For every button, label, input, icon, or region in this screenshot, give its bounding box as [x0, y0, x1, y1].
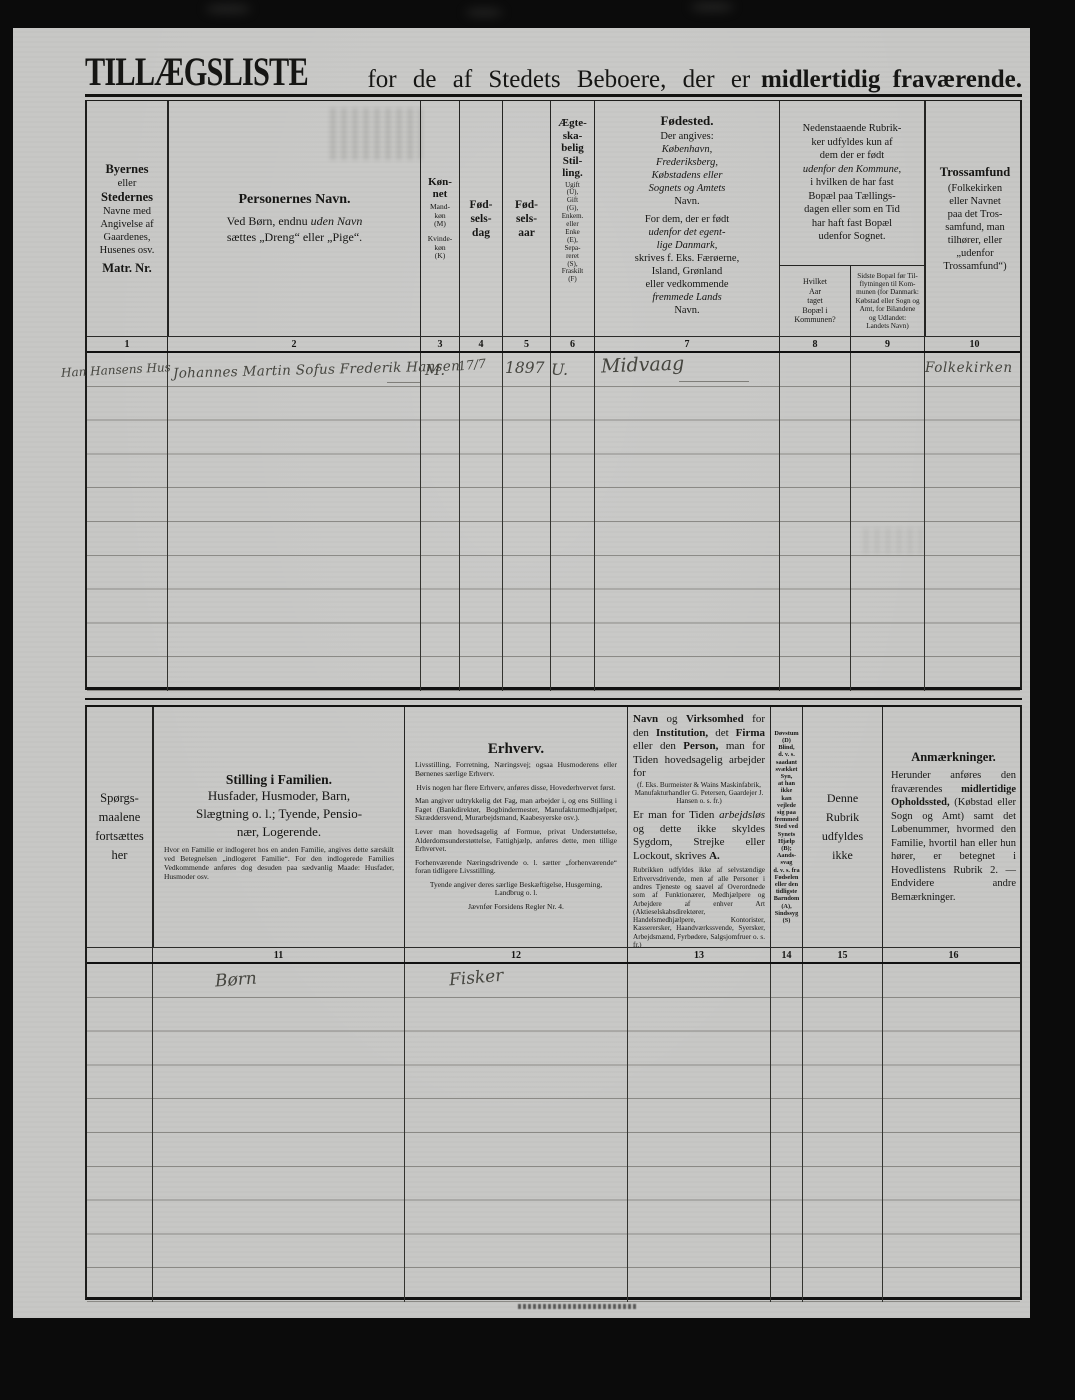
- header-text: arbejdsløs: [719, 809, 765, 821]
- scan-artifact: [690, 2, 734, 12]
- header-text: (f. Eks. Burmeister & Wains Maskinfabrik…: [633, 781, 765, 806]
- header-text: Hvilket Aar taget Bopæl i Kommunen?: [794, 277, 835, 325]
- header-text: Hvor en Familie er indlogeret hos en and…: [164, 846, 394, 881]
- col-header-14: Døvstum (D) Blind, d. v. s. saadant svæk…: [770, 707, 802, 947]
- col-number: 13: [627, 948, 770, 962]
- header-text: Erhverv.: [488, 742, 544, 757]
- title-tail: midlertidig fraværende.: [761, 66, 1022, 96]
- col-header-10: Trossamfund (Folkekirken eller Navnet pa…: [924, 101, 1024, 336]
- header-text: Firma: [736, 727, 765, 739]
- header-text: skrives f. Eks. Færøerne, Island, Grønla…: [635, 252, 739, 291]
- header-text: København, Frederiksberg, Købstadens ell…: [649, 143, 726, 195]
- header-text: Kvinde- køn (K): [428, 235, 453, 261]
- body-column: [802, 964, 882, 1302]
- scanned-census-document: TILLÆGSLISTE for de af Stedets Beboere, …: [0, 0, 1075, 1400]
- scan-artifact: [205, 4, 251, 14]
- header-text: (Købstad eller Sogn og Amt) samt det Løb…: [891, 797, 1016, 903]
- col-number: 8: [779, 337, 850, 351]
- col-number: 11: [152, 948, 404, 962]
- header-text: Ægte- ska- belig Stil- ling.: [558, 117, 587, 180]
- col-header-8: Hvilket Aar taget Bopæl i Kommunen?: [780, 266, 850, 336]
- col-number: 16: [882, 948, 1024, 962]
- lower-table-rows: Børn Fisker: [87, 964, 1020, 1302]
- col-number: 4: [459, 337, 502, 351]
- header-text: Matr. Nr.: [102, 261, 151, 276]
- col-header-13: Navn og Virksomhed for den Institution, …: [627, 707, 770, 947]
- col-header-12: Erhverv. Livsstilling, Forretning, Nærin…: [404, 707, 627, 947]
- continuation-label: Spørgs- maalene fortsættes her: [87, 707, 152, 947]
- header-text: Døvstum (D) Blind, d. v. s. saadant svæk…: [772, 730, 801, 924]
- col-number: 12: [404, 948, 627, 962]
- upper-table-rows: Han Hansens Hus Johannes Martin Sofus Fr…: [87, 353, 1020, 691]
- pen-stroke: [387, 382, 420, 383]
- col-header-3: Køn- net Mand- køn (M) Kvinde- køn (K): [420, 101, 459, 336]
- col-number: 1: [87, 337, 167, 351]
- body-column: [420, 353, 459, 691]
- handwritten-birthyear: 1897: [505, 359, 544, 377]
- header-text: Ved Børn, endnu: [227, 214, 308, 228]
- header-text: Navn.: [674, 195, 699, 208]
- title-middle: for de af Stedets Beboere, der er: [367, 66, 750, 96]
- upper-table: Byernes eller Stedernes Navne med Angive…: [85, 100, 1022, 690]
- col-number: [87, 948, 152, 962]
- header-text: Stilling i Familien.: [226, 772, 332, 787]
- handwritten-sex: M.: [425, 361, 445, 379]
- header-text: Personernes Navn.: [239, 192, 351, 207]
- header-text: Rubrikken udfyldes ikke af selvstændige …: [633, 866, 765, 947]
- header-text: sættes „Dreng“ eller „Pige“.: [227, 229, 362, 245]
- header-text: Mand- køn (M): [430, 203, 450, 229]
- header-text: Institution,: [656, 727, 708, 739]
- col-number: 9: [850, 337, 924, 351]
- body-column: [502, 353, 550, 691]
- table-divider-rule: [85, 698, 1022, 700]
- col-header-4: Fød- sels- dag: [459, 101, 502, 336]
- handwritten-birthplace: Midvaag: [601, 353, 685, 378]
- col-header-7: Fødested. Der angives: København, Freder…: [594, 101, 779, 336]
- header-text: Nedenstaaende Rubrik- ker udfyldes kun a…: [803, 122, 902, 163]
- title-main: TILLÆGSLISTE: [85, 50, 308, 96]
- header-text: Fødested.: [660, 113, 713, 128]
- header-text: Man angiver udtrykkelig det Fag, man arb…: [415, 797, 617, 823]
- header-text: eller: [118, 177, 137, 190]
- lower-table-header: Spørgs- maalene fortsættes her Stilling …: [87, 707, 1020, 947]
- header-text: Jævnfør Forsidens Regler Nr. 4.: [468, 903, 564, 912]
- census-form-page: TILLÆGSLISTE for de af Stedets Beboere, …: [13, 28, 1030, 1318]
- header-text: Lever man hovedsagelig af Formue, privat…: [415, 828, 617, 854]
- pen-stroke: [679, 381, 749, 382]
- header-text: Der angives:: [660, 130, 713, 143]
- body-column: [779, 353, 850, 691]
- header-text: (Folkekirken eller Navnet paa det Tros- …: [943, 182, 1006, 273]
- col-header-5: Fød- sels- aar: [502, 101, 550, 336]
- col-header-16: Anmærkninger. Herunder anføres den fravæ…: [882, 707, 1024, 947]
- printer-imprint: [518, 1304, 636, 1309]
- header-text: Virksomhed: [686, 713, 744, 725]
- body-column: [87, 353, 167, 691]
- header-text: Tyende angiver deres særlige Beskæftigel…: [415, 881, 617, 898]
- handwritten-birthday: 17/7: [457, 356, 486, 374]
- header-text: Anmærkninger.: [911, 750, 996, 765]
- header-text: udenfor den Kommune,: [803, 163, 901, 177]
- header-text: Navn: [633, 713, 658, 725]
- header-text: Herunder anføres den fraværendes midlert…: [891, 769, 1016, 904]
- handwritten-family-position: Børn: [214, 969, 257, 992]
- title-underline: [85, 94, 1022, 97]
- page-title: TILLÆGSLISTE for de af Stedets Beboere, …: [85, 52, 1022, 96]
- body-column: [167, 353, 420, 691]
- body-column: [594, 353, 779, 691]
- upper-table-column-numbers: 1 2 3 4 5 6 7 8 9 10: [87, 336, 1020, 353]
- body-column: [850, 353, 924, 691]
- header-text: Person,: [683, 740, 718, 752]
- header-text: Navn og Virksomhed for den Institution, …: [633, 713, 765, 781]
- col-header-11: Stilling i Familien. Husfader, Husmoder,…: [152, 707, 404, 947]
- body-column: [459, 353, 502, 691]
- header-text: Hvis nogen har flere Erhverv, anføres di…: [416, 784, 615, 793]
- header-text: fremmede Lands: [652, 291, 721, 304]
- col-number: 10: [924, 337, 1024, 351]
- header-text: udenfor det egent- lige Danmark,: [649, 226, 726, 252]
- body-column: [550, 353, 594, 691]
- col-number: 15: [802, 948, 882, 962]
- header-text: Forhenværende Næringsdrivende o. l. sætt…: [415, 859, 617, 876]
- col-number: 7: [594, 337, 779, 351]
- scan-artifact: [465, 8, 503, 17]
- col-number: 6: [550, 337, 594, 351]
- lower-table-column-numbers: 11 12 13 14 15 16: [87, 947, 1020, 964]
- header-text: eller den: [633, 740, 676, 752]
- header-text: Denne Rubrik udfyldes ikke: [822, 789, 863, 865]
- upper-table-header: Byernes eller Stedernes Navne med Angive…: [87, 101, 1020, 336]
- header-text: For dem, der er født: [645, 213, 729, 226]
- handwritten-marital-status: U.: [551, 360, 568, 379]
- header-text: Ugift (U), Gift (G), Enkem. eller Enke (…: [562, 182, 584, 285]
- header-text: Navn.: [674, 304, 699, 317]
- body-column: [152, 964, 404, 1302]
- body-column: [404, 964, 627, 1302]
- header-text: og dette ikke skyldes Sygdom, Strejke el…: [633, 823, 765, 862]
- col-number: 5: [502, 337, 550, 351]
- header-text: Fød- sels- dag: [470, 198, 493, 240]
- header-text: Er man for Tiden: [633, 809, 714, 821]
- header-text: Husfader, Husmoder, Barn, Slægtning o. l…: [196, 787, 362, 841]
- header-text: Stedernes: [101, 190, 153, 205]
- body-column: [924, 353, 1024, 691]
- body-column: [882, 964, 1024, 1302]
- body-column: [87, 964, 152, 1302]
- header-text: Fød- sels- aar: [515, 198, 538, 240]
- col-number: 14: [770, 948, 802, 962]
- header-text: Navne med Angivelse af Gaardenes, Husene…: [100, 205, 155, 257]
- header-text: uden Navn: [311, 214, 363, 228]
- body-column: [770, 964, 802, 1302]
- header-text: Trossamfund: [940, 165, 1010, 180]
- body-column: [627, 964, 770, 1302]
- header-text: Er man for Tiden arbejdsløs og dette ikk…: [633, 809, 765, 863]
- col-number: 2: [167, 337, 420, 351]
- col-header-1: Byernes eller Stedernes Navne med Angive…: [87, 101, 167, 336]
- handwritten-religion: Folkekirken: [925, 360, 1013, 376]
- header-text: i hvilken de har fast Bopæl paa Tællings…: [804, 176, 900, 244]
- header-text: A.: [709, 850, 720, 862]
- header-text: Køn- net: [428, 176, 452, 200]
- header-text: Byernes: [105, 162, 148, 177]
- col-header-15: Denne Rubrik udfyldes ikke: [802, 707, 882, 947]
- group-header-text: Nedenstaaende Rubrik- ker udfyldes kun a…: [780, 101, 924, 266]
- col-header-group-8-9: Nedenstaaende Rubrik- ker udfyldes kun a…: [779, 101, 924, 336]
- col-header-9: Sidste Bopæl før Til- flytningen til Kom…: [850, 266, 924, 336]
- header-text: og: [667, 713, 678, 725]
- header-text: Sidste Bopæl før Til- flytningen til Kom…: [855, 272, 919, 331]
- lower-table: Spørgs- maalene fortsættes her Stilling …: [85, 705, 1022, 1300]
- header-text: Livsstilling, Forretning, Næringsvej; og…: [415, 761, 617, 778]
- col-number: 3: [420, 337, 459, 351]
- col-header-6: Ægte- ska- belig Stil- ling. Ugift (U), …: [550, 101, 594, 336]
- header-text: det: [715, 727, 728, 739]
- col-header-2: Personernes Navn. Ved Børn, endnu uden N…: [167, 101, 420, 336]
- header-text: Spørgs- maalene fortsættes her: [95, 789, 144, 865]
